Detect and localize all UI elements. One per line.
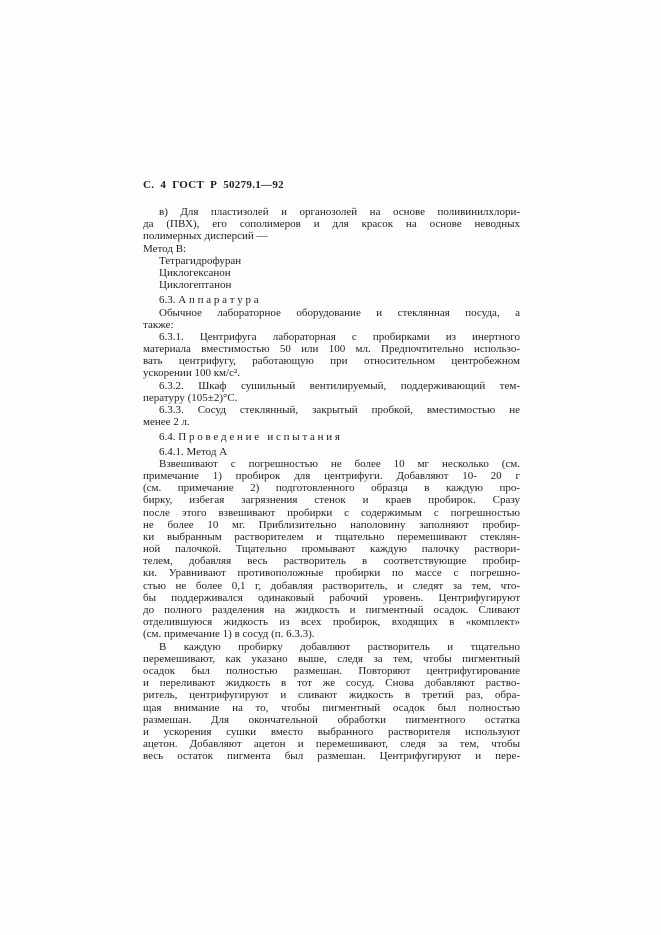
list-item-line: Тетрагидрофуран xyxy=(143,255,520,267)
text-line: щая внимание на то, чтобы пигментный оса… xyxy=(143,702,520,714)
list-item-line: Циклогептанон xyxy=(143,279,520,291)
text-line: и переливают жидкость в тот же сосуд. Сн… xyxy=(143,677,520,689)
text-line: перемешивают, как указано выше, следя за… xyxy=(143,653,520,665)
text-line: отделившуюся жидкость из всех пробирок, … xyxy=(143,616,520,628)
text-line: бирку, избегая загрязнения стенок и крае… xyxy=(143,494,520,506)
text-column: С. 4 ГОСТ Р 50279.1—92 в) Для пластизоле… xyxy=(143,179,520,762)
page-header: С. 4 ГОСТ Р 50279.1—92 xyxy=(143,179,520,191)
text-line: до полного разделения на жидкость и пигм… xyxy=(143,604,520,616)
document-body: в) Для пластизолей и органозолей на осно… xyxy=(143,206,520,762)
text-line: да (ПВХ), его сополимеров и для красок н… xyxy=(143,218,520,230)
scanned-document-page: С. 4 ГОСТ Р 50279.1—92 в) Для пластизоле… xyxy=(0,0,661,935)
text-line: и ускорения сушки вместо выбранного раст… xyxy=(143,726,520,738)
text-line: ускорении 100 км/с². xyxy=(143,367,520,379)
text-line: В каждую пробирку добавляют растворитель… xyxy=(143,641,520,653)
section-heading: 6.4. П р о в е д е н и е и с п ы т а н и… xyxy=(143,431,520,443)
section-heading: 6.4.1. Метод А xyxy=(143,446,520,458)
text-line: стью не более 0,1 г, добавляя растворите… xyxy=(143,580,520,592)
text-line: 6.3.2. Шкаф сушильный вентилируемый, под… xyxy=(143,380,520,392)
section-heading: 6.3. А п п а р а т у р а xyxy=(143,294,520,306)
text-line: примечание 1) пробирок для центрифуги. Д… xyxy=(143,470,520,482)
text-line: материала вместимостью 50 или 100 мл. Пр… xyxy=(143,343,520,355)
text-line: после этого взвешивают пробирки с содерж… xyxy=(143,507,520,519)
list-item-line: Циклогексанон xyxy=(143,267,520,279)
text-line: также: xyxy=(143,319,520,331)
text-line: бы поддерживался одинаковый рабочий уров… xyxy=(143,592,520,604)
text-line: (см. примечание 2) подготовленного образ… xyxy=(143,482,520,494)
text-line: ки. Уравнивают противоположные пробирки … xyxy=(143,567,520,579)
text-line: ритель, центрифугируют и сливают жидкост… xyxy=(143,689,520,701)
text-line: пературу (105±2)°С. xyxy=(143,392,520,404)
text-line: размешан. Для окончательной обработки пи… xyxy=(143,714,520,726)
text-line: 6.3.3. Сосуд стеклянный, закрытый пробко… xyxy=(143,404,520,416)
text-line: ной палочкой. Тщательно промывают каждую… xyxy=(143,543,520,555)
text-line: (см. примечание 1) в сосуд (п. 6.3.3). xyxy=(143,628,520,640)
text-line: весь остаток пигмента был размешан. Цент… xyxy=(143,750,520,762)
text-line: Взвешивают с погрешностью не более 10 мг… xyxy=(143,458,520,470)
text-line: ацетон. Добавляют ацетон и перемешивают,… xyxy=(143,738,520,750)
text-line: не более 10 мг. Приблизительно наполовин… xyxy=(143,519,520,531)
text-line: осадок был полностью размешан. Повторяют… xyxy=(143,665,520,677)
text-line: Обычное лабораторное оборудование и стек… xyxy=(143,307,520,319)
text-line: телем, добавляя весь растворитель в соот… xyxy=(143,555,520,567)
text-line: ки выбранным растворителем и тщательно п… xyxy=(143,531,520,543)
text-line: в) Для пластизолей и органозолей на осно… xyxy=(143,206,520,218)
text-line: вать центрифугу, работающую при относите… xyxy=(143,355,520,367)
text-line: менее 2 л. xyxy=(143,416,520,428)
text-line: 6.3.1. Центрифуга лабораторная с пробирк… xyxy=(143,331,520,343)
text-line: Метод В: xyxy=(143,243,520,255)
text-line: полимерных дисперсий — xyxy=(143,230,520,242)
